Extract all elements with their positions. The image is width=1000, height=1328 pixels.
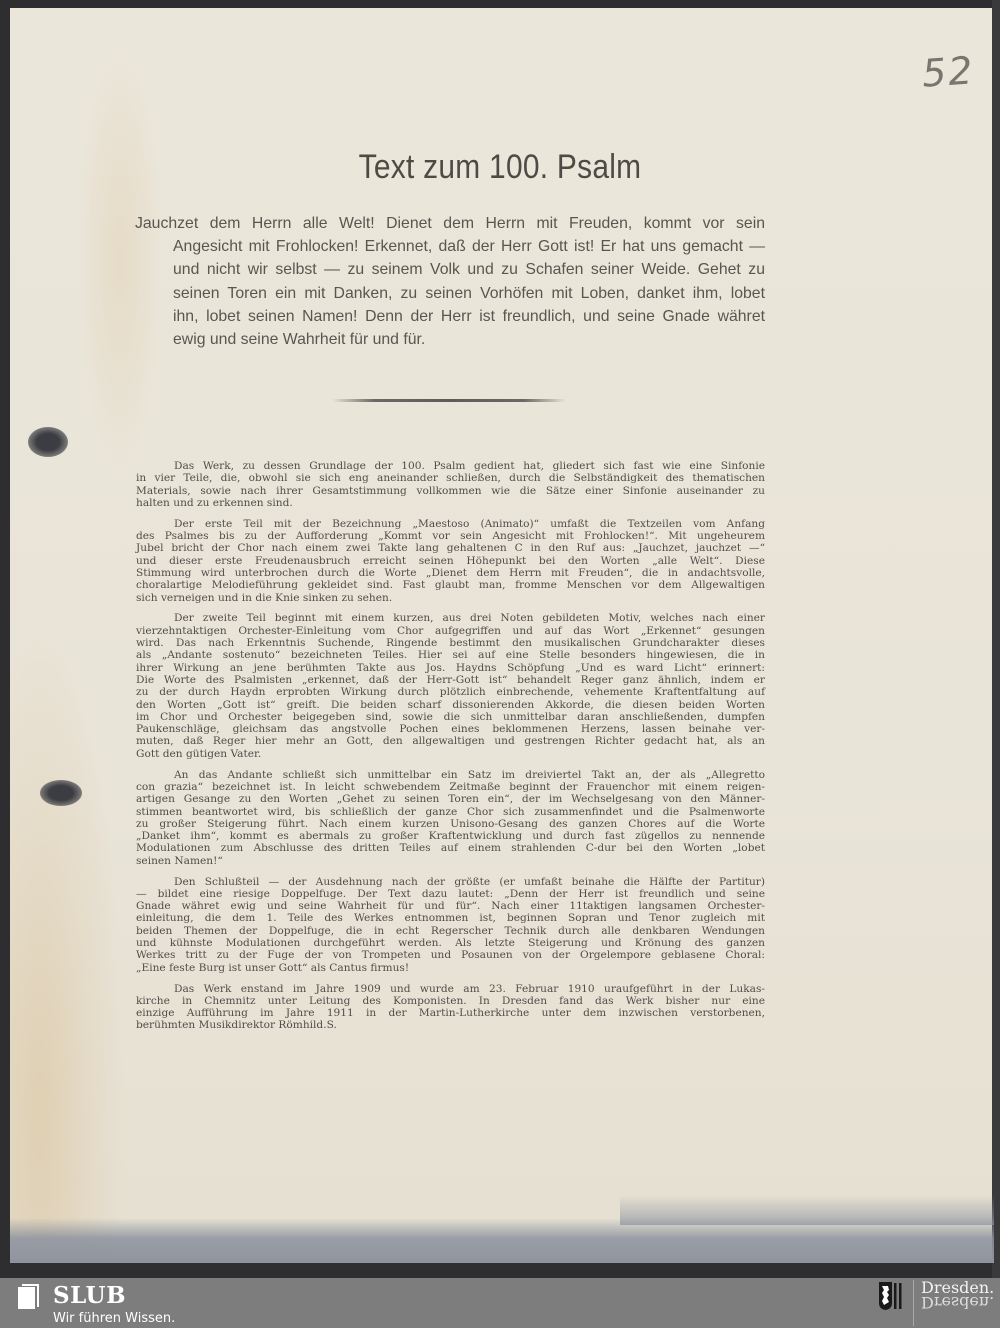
footer-separator [913,1280,914,1326]
punch-hole-top [28,427,68,457]
essay-line: con grazia“ bezeichnet ist. In leicht sc… [136,781,765,793]
psalm-line: ihn, lobet seinen Namen! Denn der Herr i… [173,305,765,328]
essay-line: und dieser erste Freudenausbruch erreich… [136,555,765,567]
page-title: Text zum 100. Psalm [60,148,940,187]
slub-book-icon [13,1283,43,1313]
essay-line: Gnade währet ewig und seine Wahrheit für… [136,900,765,912]
essay-line: einzige Aufführung im Jahre 1911 in der … [136,1007,765,1019]
essay-line: Der zweite Teil beginnt mit einem kurzen… [136,612,765,624]
essay-line: berühmten Musikdirektor Römhild. [136,1019,327,1031]
essay-line: zu der durch Haydn erprobten Wirkung dur… [136,686,765,698]
essay-line: des Psalmes bis zu der Aufforderung „Kom… [136,530,765,542]
essay-line: seinen Namen!“ [136,855,765,867]
essay-line: beiden Themen der Doppelfuge, die in ech… [136,925,765,937]
author-signature: S. [327,1019,337,1031]
psalm-line: Angesicht mit Frohlocken! Erkennet, daß … [173,235,765,258]
slub-tagline: Wir führen Wissen. [53,1311,175,1326]
essay-line: im Chor und Orchester beigegeben sind, s… [136,711,765,723]
essay-line: stimmen beantwortet wird, bis schließlic… [136,806,765,818]
dresden-wordmark-mirror: Dresden. [921,1295,994,1310]
essay-line: choralartige Melodieführung gekleidet si… [136,579,765,591]
essay-paragraph: Das Werk enstand im Jahre 1909 und wurde… [136,983,765,1032]
essay-line: Das Werk, zu dessen Grundlage der 100. P… [136,460,765,472]
essay-line: Modulationen zum Abschlusse des dritten … [136,842,765,854]
essay-paragraph: Den Schlußteil — der Ausdehnung nach der… [136,876,765,974]
punch-hole-bottom [40,780,82,806]
essay-line: vierzehntaktigen Orchester-Einleitung vo… [136,625,765,637]
essay-line: Materials, sowie nach ihrer Gesamtstimmu… [136,485,765,497]
essay-line: Stimmung wird unterbrochen durch die Wor… [136,567,765,579]
essay-line: zu großer Steigerung führt. Nach einem k… [136,818,765,830]
essay-line: Den Schlußteil — der Ausdehnung nach der… [136,876,765,888]
essay-line: in vier Teile, die, obwohl sie sich eng … [136,472,765,484]
essay-paragraph: Das Werk, zu dessen Grundlage der 100. P… [136,460,765,509]
essay-line: Gott den gütigen Vater. [136,748,765,760]
psalm-text: Jauchzet dem Herrn alle Welt! Dienet dem… [135,212,765,351]
essay-line: ihrer Wirkung an jene berühmten Takte au… [136,662,765,674]
essay-line: Paukenschläge, gleichsam das angstvolle … [136,723,765,735]
essay-line: Der erste Teil mit der Bezeichnung „Maes… [136,518,765,530]
essay-line: als „Andante sostenuto“ bezeichneten Tei… [136,649,765,661]
essay-line: sich verneigen und in die Knie sinken zu… [136,592,765,604]
essay-paragraph: Der zweite Teil beginnt mit einem kurzen… [136,612,765,760]
essay-line: „Danket ihm“, kommt es abermals zu große… [136,830,765,842]
essay-paragraph: Der erste Teil mit der Bezeichnung „Maes… [136,518,765,604]
essay-line: „Eine feste Burg ist unser Gott“ als Can… [136,962,765,974]
handwritten-page-number: 52 [921,48,976,96]
scan-edge [992,0,1000,1278]
essay-line: — bildet eine riesige Doppelfuge. Der Te… [136,888,765,900]
psalm-line: seinen Toren ein mit Danken, zu seinen V… [173,282,765,305]
essay-paragraph: An das Andante schließt sich unmittelbar… [136,769,765,867]
essay-body: Das Werk, zu dessen Grundlage der 100. P… [136,460,765,1040]
essay-line: artigen Gesange zu den Worten „Gehet zu … [136,793,765,805]
essay-line: An das Andante schließt sich unmittelbar… [136,769,765,781]
essay-line: Das Werk enstand im Jahre 1909 und wurde… [136,983,765,995]
psalm-line: Jauchzet dem Herrn alle Welt! Dienet dem… [135,212,765,235]
psalm-line: ewig und seine Wahrheit für und für. [173,328,765,351]
dresden-coat-of-arms-icon [878,1281,904,1311]
essay-line: Die Worte des Psalmisten „erkennet, daß … [136,674,765,686]
essay-line: wird. Das nach Erkenntnis Suchende, Ring… [136,637,765,649]
essay-line: muten, daß Reger hier mehr an Gott, den … [136,735,765,747]
psalm-line: und nicht wir selbst — zu seinem Volk un… [173,258,765,281]
essay-line-with-signature: berühmten Musikdirektor Römhild.S. [136,1019,765,1031]
section-divider [332,399,566,402]
essay-line: Werkes tritt zu der Fuge der von Trompet… [136,949,765,961]
essay-line: Jubel bricht der Chor nach einem zwei Ta… [136,542,765,554]
dresden-logo[interactable]: Dresden. Dresden. [921,1280,994,1310]
essay-line: halten und zu erkennen sind. [136,497,765,509]
slub-brand[interactable]: SLUB [53,1282,126,1309]
essay-line: kirche in Chemnitz unter Leitung des Kom… [136,995,765,1007]
essay-line: den Worten „Gott ist“ greift. Die beiden… [136,699,765,711]
paper-water-damage-right [620,1195,994,1225]
essay-line: einleitung, die dem 1. Teile des Werkes … [136,912,765,924]
essay-line: und kühnste Modulationen durchgeführt we… [136,937,765,949]
